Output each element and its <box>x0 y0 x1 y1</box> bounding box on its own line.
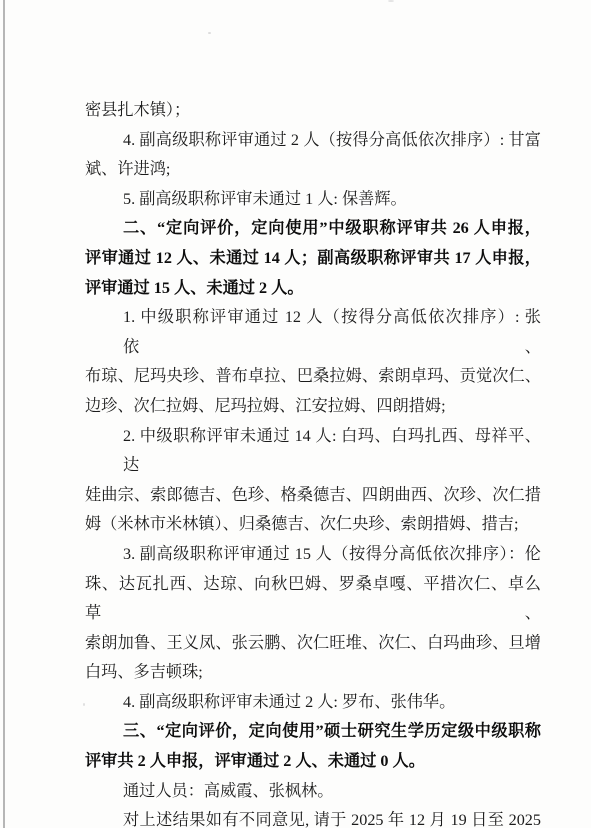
text-line: 4. 副高级职称评审通过 2 人（按得分高低依次排序）: 甘富 <box>85 126 541 156</box>
text-line: 姆（米林市米林镇）、归桑德吉、次仁央珍、索朗措姆、措吉; <box>85 510 541 540</box>
text-line: 评审通过 12 人、未通过 14 人；副高级职称评审共 17 人申报， <box>85 244 541 274</box>
text-line: 索朗加鲁、王义凤、张云鹏、次仁旺堆、次仁、白玛曲珍、旦增 <box>85 629 541 659</box>
text-line: 4. 副高级职称评审未通过 2 人: 罗布、张伟华。 <box>85 688 541 718</box>
text-line: 2. 中级职称评审未通过 14 人: 白玛、白玛扎西、母祥平、达 <box>85 422 541 481</box>
text-line: 评审通过 15 人、未通过 2 人。 <box>85 274 541 304</box>
text-line: 5. 副高级职称评审未通过 1 人: 保善辉。 <box>85 185 541 215</box>
text-line: 边珍、次仁拉姆、尼玛拉姆、江安拉姆、四朗措姆; <box>85 392 541 422</box>
text-line: 珠、达瓦扎西、达琼、向秋巴姆、罗桑卓嘎、平措次仁、卓么草、 <box>85 570 541 629</box>
text-line: 1. 中级职称评审通过 12 人（按得分高低依次排序）: 张依、 <box>85 303 541 362</box>
scan-speck <box>388 0 394 2</box>
text-line: 白玛、多吉顿珠; <box>85 658 541 688</box>
scan-speck <box>208 32 211 34</box>
scanned-document-page: 密县扎木镇）；4. 副高级职称评审通过 2 人（按得分高低依次排序）: 甘富斌、… <box>0 0 591 828</box>
text-line: 密县扎木镇）； <box>85 96 541 126</box>
text-line: 布琼、尼玛央珍、普布卓拉、巴桑拉姆、索朗卓玛、贡觉次仁、 <box>85 362 541 392</box>
document-text-body: 密县扎木镇）；4. 副高级职称评审通过 2 人（按得分高低依次排序）: 甘富斌、… <box>85 96 541 828</box>
text-line: 娃曲宗、索郎德吉、色珍、格桑德吉、四朗曲西、次珍、次仁措 <box>85 481 541 511</box>
text-line: 通过人员：高威霞、张枫林。 <box>85 777 541 807</box>
text-line: 斌、许进鸿; <box>85 155 541 185</box>
text-line: 评审共 2 人申报，评审通过 2 人、未通过 0 人。 <box>85 747 541 777</box>
text-line: 3. 副高级职称评审通过 15 人（按得分高低依次排序）：伦 <box>85 540 541 570</box>
text-line: 三、“定向评价，定向使用”硕士研究生学历定级中级职称 <box>85 717 541 747</box>
text-line: 对上述结果如有不同意见, 请于 2025 年 12 月 19 日至 2025 <box>85 806 541 828</box>
text-line: 二、“定向评价，定向使用”中级职称评审共 26 人申报， <box>85 214 541 244</box>
scan-left-edge-shadow <box>3 0 5 828</box>
